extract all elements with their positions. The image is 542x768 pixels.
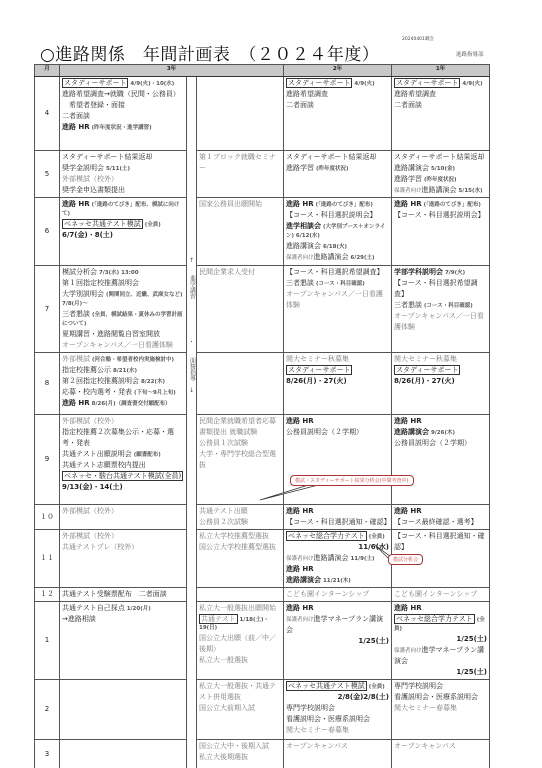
grade3-cell: 共通テスト自己採点 1/20(月)→進路相談 bbox=[60, 601, 187, 679]
item-date: 5/15(水) bbox=[458, 188, 482, 194]
list-item: 進路 HR (昨年度状況・進学講習) bbox=[62, 122, 184, 133]
list-item: 1/25(土) bbox=[286, 636, 389, 647]
month-cell: 3 bbox=[35, 739, 60, 768]
list-item: 進路 HR (「進路のてびき」配布) bbox=[394, 199, 487, 210]
item-text: スタディーサポート bbox=[394, 78, 460, 88]
list-item: 進路講演会 6/18(火) bbox=[286, 241, 389, 252]
item-date: 4/9(火)・10(水) bbox=[130, 81, 174, 87]
grade3-exam-cell: 民間企業求人受付 bbox=[197, 265, 284, 352]
item-text: こども園インターンシップ bbox=[286, 590, 369, 598]
item-text: 共通テスト bbox=[199, 614, 238, 624]
list-item: 国公立大出願（前／中／後期） bbox=[199, 633, 281, 655]
item-text: 1/25(土) bbox=[358, 637, 389, 645]
grade3-cell: 進路 HR (「進路のてびき」配布、模試に向けて)ベネッセ共通テスト模試 (全員… bbox=[60, 197, 187, 265]
list-item: 私立大一般選抜 bbox=[199, 655, 281, 666]
list-item: →進路相談 bbox=[62, 614, 184, 625]
item-text: ベネッセ共通テスト模試 bbox=[62, 219, 143, 229]
list-item: 進路 HR bbox=[286, 506, 389, 517]
grade3-exam-cell: 民間企業就職希望者応募書類提出 就職試験公務員１次試験大学・専門学校総合型選抜 bbox=[197, 414, 284, 504]
month-cell: 2 bbox=[35, 679, 60, 739]
item-text: 外部模試 bbox=[62, 355, 90, 363]
dot-label: ・ bbox=[187, 339, 196, 347]
grade3-cell: 外部模試（校外） bbox=[60, 504, 187, 529]
vertical-labels: ↑進学講習・面接指導↓ bbox=[187, 77, 196, 395]
item-text: 進路 HR bbox=[394, 417, 422, 425]
grade3-cell: 外部模試（校外）共通テストプレ（校外） bbox=[60, 529, 187, 587]
item-text: 模試分析会 bbox=[62, 268, 97, 276]
list-item: 進路希望調査 bbox=[394, 89, 487, 100]
grade3-exam-cell: 私立大学校推薦型選抜国公立大学校推薦型選抜 bbox=[197, 529, 284, 587]
item-text: 共通テスト出願 bbox=[199, 507, 248, 515]
item-text: 看護説明会・医療系説明会 bbox=[394, 693, 478, 701]
table-row: 9外部模試（校外）指定校推薦２次募集公示・応募・選考・発表共通テスト出願説明会 … bbox=[35, 414, 490, 504]
item-date: (全員) bbox=[369, 684, 385, 690]
item-text: 私立大学校推薦型選抜 bbox=[199, 532, 269, 540]
item-text: 進路講演会 bbox=[314, 554, 349, 562]
item-text: 8/26(月)・27(火) bbox=[286, 377, 347, 385]
grade3-exam-cell: 共通テスト出願公務員２次試験 bbox=[197, 504, 284, 529]
table-row: 6進路 HR (「進路のてびき」配布、模試に向けて)ベネッセ共通テスト模試 (全… bbox=[35, 197, 490, 265]
item-text: 【コース最終確認・選考】 bbox=[394, 518, 478, 526]
item-text: ベネッセ総合学力テスト bbox=[286, 531, 367, 541]
item-prefix: 保護者向け bbox=[394, 188, 422, 194]
item-date: 9/26(木) bbox=[431, 430, 455, 436]
item-text: 共通テストプレ（校外） bbox=[62, 543, 138, 551]
list-item: スタディーサポート結果返却 bbox=[286, 152, 389, 163]
list-item: 夏期講習・進路閲覧自習室開放 bbox=[62, 329, 184, 340]
item-text: 進路 HR bbox=[394, 507, 422, 515]
list-item: 8/26(月)・27(火) bbox=[394, 376, 487, 387]
item-text: 進路講演会 bbox=[394, 428, 429, 436]
list-item: 【コース・科目選択説明会】 bbox=[286, 210, 389, 221]
item-text: 進路 HR bbox=[286, 565, 314, 573]
list-item: こども園インターンシップ bbox=[394, 589, 487, 600]
item-text: スタディーサポート bbox=[394, 365, 460, 375]
list-item: 応募・校内選考・発表 (下旬〜9月上旬) bbox=[62, 387, 184, 398]
item-text: 【コース・科目選択希望調査】 bbox=[286, 268, 384, 276]
item-text: 進路 HR bbox=[394, 200, 422, 208]
item-text: ベネッセ総合学力テスト bbox=[394, 614, 475, 624]
item-text: 進路希望調査 bbox=[286, 90, 328, 98]
grade1-cell: オープンキャンパス bbox=[392, 739, 490, 768]
month-cell: 9 bbox=[35, 414, 60, 504]
list-item: ベネッセ共通テスト模試 (全員) bbox=[62, 219, 184, 230]
item-text: 外部模試（校外） bbox=[62, 417, 118, 425]
item-text: 関大セミナー秋募集 bbox=[286, 355, 349, 363]
list-item: 8/26(月)・27(火) bbox=[286, 376, 389, 387]
list-item: オープンキャンパス bbox=[286, 741, 389, 752]
list-item: ベネッセ総合学力テスト (全員) bbox=[394, 614, 487, 634]
list-item: 外部模試（校外） bbox=[62, 416, 184, 427]
item-text: 二者面談 bbox=[394, 101, 422, 109]
list-item: 関大セミナー春募集 bbox=[286, 725, 389, 736]
item-date: 8/22(木) bbox=[141, 379, 165, 385]
list-item: ベネッセ共通テスト模試 (全員) bbox=[286, 681, 389, 692]
item-text: オープンキャンパス bbox=[286, 742, 348, 750]
item-text: 進路講演会 bbox=[286, 576, 321, 584]
item-date: (「進路のてびき」配布) bbox=[316, 202, 373, 208]
item-text: 進路 HR bbox=[62, 200, 90, 208]
item-text: 2/8(金)2/8(土) bbox=[338, 693, 389, 701]
item-text: 関大セミナー春募集 bbox=[286, 726, 349, 734]
item-date: 8/21(水) bbox=[113, 368, 137, 374]
list-item: 外部模試 (河合塾・希望者校内実施検討中) bbox=[62, 354, 184, 365]
item-text: 進路希望調査 bbox=[394, 90, 436, 98]
item-text: 私立大一般選抜出願開始 bbox=[199, 604, 276, 612]
item-date: 11/21(木) bbox=[323, 578, 351, 584]
list-item: 学部学科説明会 7/9(火) bbox=[394, 267, 487, 278]
list-item: 【コース・科目選択通知・確認】 bbox=[286, 517, 389, 528]
list-item: 保護者向け進路講演会 5/15(水) bbox=[394, 185, 487, 196]
list-item: 進路 HR bbox=[394, 506, 487, 517]
list-item: 三者懇談 (コース・科目確認) bbox=[286, 278, 389, 289]
list-item: 看護説明会・医療系説明会 bbox=[394, 692, 487, 703]
list-item: 進路講演会 9/26(木) bbox=[394, 427, 487, 438]
grade3-cell: スタディーサポート結果返却奨学金説明会 5/11(土)外部模試（校外）奨学金申込… bbox=[60, 151, 187, 198]
item-text: 【コース・科目選択希望調査】 bbox=[394, 279, 478, 298]
study-label: 進学講習 bbox=[187, 275, 195, 299]
grade1-cell: こども園インターンシップ bbox=[392, 587, 490, 601]
item-date: (コース・科目確認) bbox=[424, 303, 473, 309]
grade3-cell: 外部模試 (河合塾・希望者校内実施検討中)指定校推薦公示 8/21(水)第２回指… bbox=[60, 352, 187, 414]
list-item: 進路講演会 5/10(金) bbox=[394, 163, 487, 174]
item-text: 進路講演会 bbox=[394, 164, 429, 172]
list-item: 6/7(金)・8(土) bbox=[62, 230, 184, 241]
item-text: 進路 HR bbox=[394, 604, 422, 612]
header-grade2: 2年 bbox=[284, 65, 392, 77]
list-item: 民間企業求人受付 bbox=[199, 267, 281, 278]
list-item: オープンキャンパス／一日看護体験 bbox=[62, 340, 184, 351]
item-text: 進路講演会 bbox=[286, 242, 321, 250]
item-date: 7/3(水) 13:00 bbox=[99, 270, 139, 276]
list-item: 指定校推薦２次募集公示・応募・選考・発表 bbox=[62, 427, 184, 449]
list-item: 進路 HR bbox=[394, 603, 487, 614]
item-text: 民間企業就職希望者応募 bbox=[199, 417, 276, 425]
vertical-label-column: ↑進学講習・面接指導↓ bbox=[187, 77, 197, 768]
item-text: 進路講演会 bbox=[314, 253, 349, 261]
list-item: 共通テスト出願 bbox=[199, 506, 281, 517]
item-text: 公務員説明会（２学期） bbox=[286, 428, 363, 436]
grade3-cell: 外部模試（校外）指定校推薦２次募集公示・応募・選考・発表共通テスト出願説明会 (… bbox=[60, 414, 187, 504]
item-text: 進路 HR bbox=[286, 417, 314, 425]
list-item: 二者面談 bbox=[62, 111, 184, 122]
grade3-exam-cell bbox=[197, 352, 284, 414]
grade1-cell: 学部学科説明会 7/9(火)【コース・科目選択希望調査】三者懇談 (コース・科目… bbox=[392, 265, 490, 352]
item-text: スタディーサポート結果返却 bbox=[62, 153, 152, 161]
list-item: 三者懇談 (コース・科目確認) bbox=[394, 300, 487, 311]
list-item: 進路 HR (「進路のてびき」配布) bbox=[286, 199, 389, 210]
list-item: 【コース・科目選択通知・確認】 bbox=[394, 531, 487, 553]
list-item: 外部模試（校外） bbox=[62, 506, 184, 517]
item-text: 指定校推薦２次募集公示・応募・選考・発表 bbox=[62, 428, 174, 447]
list-item: 大学・専門学校総合型選抜 bbox=[199, 449, 281, 471]
item-date: 6/29(土) bbox=[350, 255, 374, 261]
month-cell: 8 bbox=[35, 352, 60, 414]
grade1-cell: 進路 HR進路講演会 9/26(木)公務員説明会（２学期） bbox=[392, 414, 490, 504]
list-item: 専門学校説明会 bbox=[286, 703, 389, 714]
list-item: オープンキャンパス／一日看護体験 bbox=[286, 289, 389, 311]
item-text: 外部模試（校外） bbox=[62, 507, 118, 515]
list-item: 保護者向け進学マネープラン講演会 bbox=[286, 614, 389, 636]
item-date: 4/9(火) bbox=[462, 81, 482, 87]
item-date: 8/26(月)（調査書交付願配布） bbox=[92, 401, 171, 407]
list-item: 外部模試（校外） bbox=[62, 531, 184, 542]
item-text: 私立大後期選抜 bbox=[199, 753, 248, 761]
grade1-cell: 専門学校説明会看護説明会・医療系説明会関大セミナー春募集 bbox=[392, 679, 490, 739]
item-text: 外部模試（校外） bbox=[62, 175, 118, 183]
item-text: 進路 HR bbox=[286, 604, 314, 612]
item-text: スタディーサポート結果返却 bbox=[286, 153, 376, 161]
item-text: 進路講演会 bbox=[422, 186, 457, 194]
grade2-cell: 進路 HR【コース・科目選択通知・確認】 bbox=[284, 504, 392, 529]
item-text: 進路学習 bbox=[394, 175, 422, 183]
item-text: こども園インターンシップ bbox=[394, 590, 477, 598]
month-cell: 7 bbox=[35, 265, 60, 352]
grade2-cell: オープンキャンパス bbox=[284, 739, 392, 768]
grade2-cell: 関大セミナー秋募集スタディーサポート8/26(月)・27(火) bbox=[284, 352, 392, 414]
list-item: 第２回指定校推薦説明会 8/22(木) bbox=[62, 376, 184, 387]
item-text: 第２回指定校推薦説明会 bbox=[62, 377, 139, 385]
table-row: 4スタディーサポート 4/9(火)・10(水)進路希望調査→就職（民間・公務員）… bbox=[35, 77, 490, 151]
item-text: オープンキャンパス／一日看護体験 bbox=[286, 290, 383, 309]
item-date: (全員) bbox=[369, 534, 385, 540]
table-row: 7模試分析会 7/3(水) 13:00第１回指定校推薦説明会大学別説明会 (関関… bbox=[35, 265, 490, 352]
list-item: 共通テスト 1/18(土)・19(日) bbox=[199, 614, 281, 633]
item-text: 国公立大中・後期入試 bbox=[199, 742, 269, 750]
grade1-cell: 進路 HR (「進路のてびき」配布)【コース・科目選択説明会】 bbox=[392, 197, 490, 265]
list-item: 第１ブロック就職セミナー bbox=[199, 152, 281, 174]
item-text: 第１回指定校推薦説明会 bbox=[62, 279, 139, 287]
list-item: 公務員１次試験 bbox=[199, 438, 281, 449]
list-item: 11/6(水) bbox=[286, 542, 389, 553]
page-title: ○進路関係 年間計画表 （２０２４年度） bbox=[40, 40, 379, 65]
list-item: 外部模試（校外） bbox=[62, 174, 184, 185]
item-text: 三者懇談 bbox=[394, 301, 422, 309]
grade3-cell bbox=[60, 679, 187, 739]
item-text: 【コース・科目選択説明会】 bbox=[286, 211, 377, 219]
grade3-cell: 共通テスト受験票配布 二者面談 bbox=[60, 587, 187, 601]
item-text: 第１ブロック就職セミナー bbox=[199, 153, 276, 172]
table-row: 2私立大一般選抜・共通テスト併用選抜国公立大前期入試ベネッセ共通テスト模試 (全… bbox=[35, 679, 490, 739]
item-text: →進路相談 bbox=[62, 615, 96, 623]
callout-mock-analysis: 模試分析会 bbox=[388, 554, 423, 565]
grade3-exam-cell: 国公立大中・後期入試私立大後期選抜 bbox=[197, 739, 284, 768]
month-cell: 4 bbox=[35, 77, 60, 151]
item-date: (昨年度状況・進学講習) bbox=[92, 125, 152, 131]
list-item: スタディーサポート結果返却 bbox=[62, 152, 184, 163]
grade2-cell: スタディーサポート結果返却進路学習 (昨年度状況) bbox=[284, 151, 392, 198]
item-text: 1/25(土) bbox=[456, 668, 487, 676]
item-date: 6/18(火) bbox=[323, 244, 347, 250]
list-item: 二者面談 bbox=[286, 100, 389, 111]
item-prefix: 保護者向け bbox=[286, 556, 314, 562]
table-row: 5スタディーサポート結果返却奨学金説明会 5/11(土)外部模試（校外）奨学金申… bbox=[35, 151, 490, 198]
list-item: 進路 HR bbox=[394, 416, 487, 427]
item-text: 8/26(月)・27(火) bbox=[394, 377, 455, 385]
item-text: 進路 HR bbox=[62, 123, 90, 131]
list-item: 進路学習 (昨年度状況) bbox=[286, 163, 389, 174]
item-text: 私立大一般選抜・共通テスト併用選抜 bbox=[199, 682, 276, 701]
table-row: １０外部模試（校外）共通テスト出願公務員２次試験進路 HR【コース・科目選択通知… bbox=[35, 504, 490, 529]
item-text: スタディーサポート bbox=[286, 78, 352, 88]
grade1-cell: スタディーサポート 4/9(火)進路希望調査二者面談 bbox=[392, 77, 490, 151]
item-text: 【コース・科目選択通知・確認】 bbox=[394, 532, 485, 551]
item-text: 三者懇談 bbox=[286, 279, 314, 287]
item-text: 11/6(水) bbox=[358, 543, 389, 551]
item-prefix: 保護者向け bbox=[394, 648, 422, 654]
grade1-cell: 関大セミナー秋募集スタディーサポート8/26(月)・27(火) bbox=[392, 352, 490, 414]
item-prefix: 保護者向け bbox=[286, 255, 314, 261]
grade2-cell: 進路 HR公務員説明会（２学期） bbox=[284, 414, 392, 504]
list-item: 書類提出 就職試験 bbox=[199, 427, 281, 438]
list-item: 進路希望調査→就職（民間・公務員） bbox=[62, 89, 184, 100]
grade3-cell bbox=[60, 739, 187, 768]
list-item: 共通テスト出願説明会 (願書配布) bbox=[62, 449, 184, 460]
item-text: スタディーサポート結果返却 bbox=[394, 153, 484, 161]
list-item: 私立大学校推薦型選抜 bbox=[199, 531, 281, 542]
item-text: 大学・専門学校総合型選抜 bbox=[199, 450, 276, 469]
grade2-cell: 進路 HR (「進路のてびき」配布)【コース・科目選択説明会】進学相談会 (大学… bbox=[284, 197, 392, 265]
list-item: 保護者向け進学マネープラン講演会 bbox=[394, 645, 487, 667]
grade2-cell: 進路 HR保護者向け進学マネープラン講演会1/25(土) bbox=[284, 601, 392, 679]
item-text: 国公立大出願（前／中／後期） bbox=[199, 634, 276, 653]
grade2-cell: 【コース・科目選択希望調査】三者懇談 (コース・科目確認)オープンキャンパス／一… bbox=[284, 265, 392, 352]
list-item: 進路 HR bbox=[286, 603, 389, 614]
list-item: 進学相談会 (大学別ブース＋オンライン) 6/12(水) bbox=[286, 221, 389, 241]
list-item: 公務員説明会（２学期） bbox=[286, 427, 389, 438]
item-text: 私立大一般選抜 bbox=[199, 656, 248, 664]
item-text: 公務員２次試験 bbox=[199, 518, 248, 526]
list-item: 進路 HR bbox=[286, 564, 389, 575]
grade3-exam-cell: 私立大一般選抜出願開始共通テスト 1/18(土)・19(日)国公立大出願（前／中… bbox=[197, 601, 284, 679]
item-date: 11/9(土) bbox=[350, 556, 374, 562]
item-prefix: 保護者向け bbox=[286, 617, 314, 623]
grade2-cell: こども園インターンシップ bbox=[284, 587, 392, 601]
list-item: 共通テスト志願票校内提出 bbox=[62, 460, 184, 471]
item-text: 進学相談会 bbox=[286, 222, 321, 230]
item-text: スタディーサポート bbox=[62, 78, 128, 88]
list-item: 関大セミナー春募集 bbox=[394, 703, 487, 714]
item-date: (全員) bbox=[145, 222, 161, 228]
list-item: 9/13(金)・14(土) bbox=[62, 482, 184, 493]
month-cell: １０ bbox=[35, 504, 60, 529]
grade2-cell: ベネッセ総合学力テスト (全員)11/6(水)保護者向け進路講演会 11/9(土… bbox=[284, 529, 392, 587]
list-item: 【コース・科目選択説明会】 bbox=[394, 210, 487, 221]
list-item: 進路学習 (昨年度状況) bbox=[394, 174, 487, 185]
list-item: 三者懇談 (全員、模試結果・夏休みの学習計画について) bbox=[62, 309, 184, 329]
list-item: オープンキャンパス／一日看護体験 bbox=[394, 311, 487, 333]
grade3-cell: スタディーサポート 4/9(火)・10(水)進路希望調査→就職（民間・公務員） … bbox=[60, 77, 187, 151]
item-date: (下旬〜9月上旬) bbox=[134, 390, 176, 396]
item-text: スタディーサポート bbox=[286, 365, 352, 375]
item-text: 民間企業求人受付 bbox=[199, 268, 255, 276]
list-item: スタディーサポート bbox=[286, 365, 389, 376]
list-item: 私立大一般選抜・共通テスト併用選抜 bbox=[199, 681, 281, 703]
list-item: 第１回指定校推薦説明会 bbox=[62, 278, 184, 289]
list-item: スタディーサポート bbox=[394, 365, 487, 376]
list-item: 二者面談 bbox=[394, 100, 487, 111]
item-text: 【コース・科目選択説明会】 bbox=[394, 211, 485, 219]
grade3-exam-cell bbox=[197, 587, 284, 601]
list-item: スタディーサポート 4/9(火) bbox=[286, 78, 389, 89]
list-item: 進路講演会 11/21(木) bbox=[286, 575, 389, 586]
item-text: オープンキャンパス／一日看護体験 bbox=[394, 312, 484, 331]
item-text: 6/7(金)・8(土) bbox=[62, 231, 113, 239]
item-text: 希望者登録・面接 bbox=[62, 101, 125, 109]
item-text: 国家公務員出願開始 bbox=[199, 200, 262, 208]
grade3-cell: 模試分析会 7/3(水) 13:00第１回指定校推薦説明会大学別説明会 (関関同… bbox=[60, 265, 187, 352]
list-item: 公務員説明会（２学期） bbox=[394, 438, 487, 449]
month-cell: 6 bbox=[35, 197, 60, 265]
item-text: 指定校推薦公示 bbox=[62, 366, 111, 374]
grade1-cell: スタディーサポート結果返却進路講演会 5/10(金)進路学習 (昨年度状況)保護… bbox=[392, 151, 490, 198]
item-text: 奨学金説明会 bbox=[62, 164, 104, 172]
list-item: 1/25(土) bbox=[394, 634, 487, 645]
list-item: 保護者向け進路講演会 11/9(土) bbox=[286, 553, 389, 564]
list-item: 関大セミナー秋募集 bbox=[286, 354, 389, 365]
item-text: 看護説明会・医療系説明会 bbox=[286, 715, 370, 723]
list-item: 1/25(土) bbox=[394, 667, 487, 678]
date-note: 20240401職会 bbox=[402, 36, 434, 42]
item-text: 書類提出 就職試験 bbox=[199, 428, 257, 436]
list-item: 共通テストプレ（校外） bbox=[62, 542, 184, 553]
list-item: 【コース・科目選択希望調査】 bbox=[394, 278, 487, 300]
item-date: 7/9(火) bbox=[445, 270, 465, 276]
grade3-exam-cell bbox=[197, 77, 284, 151]
list-item: ベネッセ・駿台共通テスト模試(全員) bbox=[62, 471, 184, 482]
list-item: 国公立大前期入試 bbox=[199, 703, 281, 714]
item-text: 進路希望調査→就職（民間・公務員） bbox=[62, 90, 180, 98]
item-text: 学部学科説明会 bbox=[394, 268, 443, 276]
item-text: 奨学金申込書類提出 bbox=[62, 186, 125, 194]
list-item: スタディーサポート結果返却 bbox=[394, 152, 487, 163]
list-item: 共通テスト受験票配布 二者面談 bbox=[62, 589, 184, 600]
list-item: 奨学金説明会 5/11(土) bbox=[62, 163, 184, 174]
grade3-exam-cell: 国家公務員出願開始 bbox=[197, 197, 284, 265]
list-item: 【コース最終確認・選考】 bbox=[394, 517, 487, 528]
header-month: 月 bbox=[35, 65, 60, 77]
table-row: 8外部模試 (河合塾・希望者校内実施検討中)指定校推薦公示 8/21(水)第２回… bbox=[35, 352, 490, 414]
list-item: 希望者登録・面接 bbox=[62, 100, 184, 111]
item-text: ベネッセ共通テスト模試 bbox=[286, 681, 367, 691]
list-item: スタディーサポート 4/9(火)・10(水) bbox=[62, 78, 184, 89]
item-text: 共通テスト志願票校内提出 bbox=[62, 461, 146, 469]
annual-plan-table: 月 3年 2年 1年 4スタディーサポート 4/9(火)・10(水)進路希望調査… bbox=[34, 64, 490, 768]
item-text: 専門学校説明会 bbox=[286, 704, 335, 712]
list-item: こども園インターンシップ bbox=[286, 589, 389, 600]
grade2-cell: ベネッセ共通テスト模試 (全員)2/8(金)2/8(土)専門学校説明会看護説明会… bbox=[284, 679, 392, 739]
item-text: ベネッセ・駿台共通テスト模試(全員) bbox=[62, 471, 183, 481]
item-text: オープンキャンパス bbox=[394, 742, 456, 750]
month-cell: １１ bbox=[35, 529, 60, 587]
item-text: オープンキャンパス／一日看護体験 bbox=[62, 341, 173, 349]
table-header-row: 月 3年 2年 1年 bbox=[35, 65, 490, 77]
item-date: 5/11(土) bbox=[106, 166, 130, 172]
list-item: 国公立大学校推薦型選抜 bbox=[199, 542, 281, 553]
month-cell: １２ bbox=[35, 587, 60, 601]
list-item: 【コース・科目選択希望調査】 bbox=[286, 267, 389, 278]
item-text: 三者懇談 bbox=[62, 310, 90, 318]
item-text: 国公立大前期入試 bbox=[199, 704, 255, 712]
item-text: 【コース・科目選択通知・確認】 bbox=[286, 518, 391, 526]
item-text: 9/13(金)・14(土) bbox=[62, 483, 123, 491]
item-text: 公務員説明会（２学期） bbox=[394, 439, 471, 447]
item-text: 関大セミナー秋募集 bbox=[394, 355, 457, 363]
grade3-exam-cell: 私立大一般選抜・共通テスト併用選抜国公立大前期入試 bbox=[197, 679, 284, 739]
list-item: 関大セミナー秋募集 bbox=[394, 354, 487, 365]
list-item: オープンキャンパス bbox=[394, 741, 487, 752]
item-date: (昨年度状況) bbox=[316, 166, 349, 172]
